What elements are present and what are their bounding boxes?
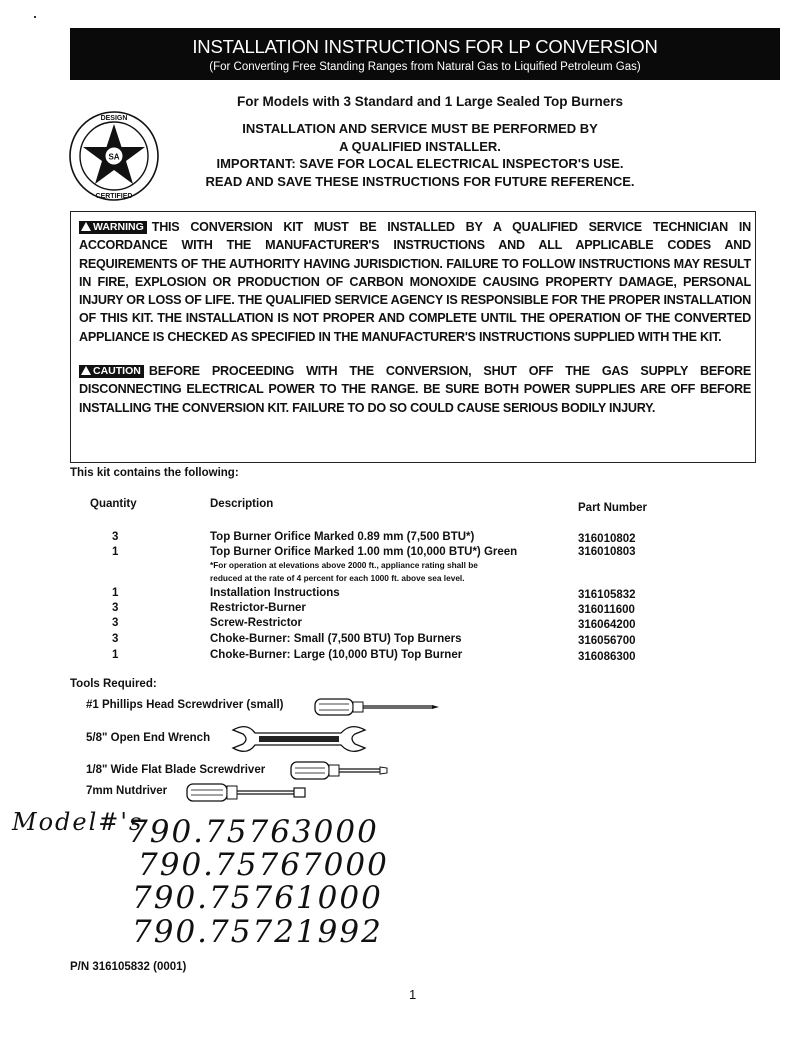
qty: 3: [112, 616, 132, 630]
qty: 3: [112, 530, 132, 544]
part-number: 316010803: [578, 545, 636, 559]
col-description: Description: [210, 498, 273, 510]
caution-paragraph: CAUTIONBEFORE PROCEEDING WITH THE CONVER…: [79, 362, 751, 417]
qty: 3: [112, 632, 132, 646]
svg-text:DESIGN: DESIGN: [101, 115, 128, 122]
description: Installation Instructions: [210, 586, 570, 600]
table-row: 1 Choke-Burner: Large (10,000 BTU) Top B…: [0, 648, 808, 662]
installer-notice: INSTALLATION AND SERVICE MUST BE PERFORM…: [180, 120, 660, 190]
table-row: 3 Restrictor-Burner 316011600: [0, 601, 808, 615]
tool-label: 5/8" Open End Wrench: [86, 732, 210, 744]
part-number: 316064200: [578, 618, 636, 632]
title-banner: INSTALLATION INSTRUCTIONS FOR LP CONVERS…: [70, 28, 780, 80]
nutdriver-icon: [186, 781, 310, 805]
tools-title: Tools Required:: [70, 678, 157, 690]
svg-text:SA: SA: [108, 153, 119, 162]
table-row: 1 Top Burner Orifice Marked 1.00 mm (10,…: [0, 545, 808, 559]
kit-intro: This kit contains the following:: [70, 467, 239, 479]
handwritten-model: 790.75763000: [128, 814, 379, 850]
qty: 1: [112, 545, 132, 559]
caution-badge: CAUTION: [79, 365, 144, 378]
part-number: 316011600: [578, 603, 635, 617]
notice-line: IMPORTANT: SAVE FOR LOCAL ELECTRICAL INS…: [180, 155, 660, 173]
tool-nutdriver: 7mm Nutdriver: [86, 785, 167, 797]
handwritten-model: 790.75767000: [138, 847, 389, 883]
notice-line: A QUALIFIED INSTALLER.: [180, 138, 660, 156]
models-line: For Models with 3 Standard and 1 Large S…: [150, 94, 710, 109]
warning-triangle-icon: [81, 222, 91, 231]
handwritten-model-label: Model#'s: [12, 808, 143, 836]
tool-label: 7mm Nutdriver: [86, 785, 167, 797]
design-certified-logo: SA DESIGN CERTIFIED: [68, 110, 160, 202]
warning-text: THIS CONVERSION KIT MUST BE INSTALLED BY…: [79, 220, 751, 344]
warning-paragraph: WARNINGTHIS CONVERSION KIT MUST BE INSTA…: [79, 218, 751, 346]
table-row: 3 Choke-Burner: Small (7,500 BTU) Top Bu…: [0, 632, 808, 646]
scan-speck: [34, 16, 36, 18]
footnote-line: reduced at the rate of 4 percent for eac…: [210, 572, 570, 585]
part-number-footer: P/N 316105832 (0001): [70, 961, 186, 973]
tool-wrench: 5/8" Open End Wrench: [86, 732, 210, 744]
flat-screwdriver-icon: [290, 759, 390, 783]
description: Top Burner Orifice Marked 0.89 mm (7,500…: [210, 530, 570, 544]
qty: 1: [112, 586, 132, 600]
notice-line: READ AND SAVE THESE INSTRUCTIONS FOR FUT…: [180, 173, 660, 191]
part-number: 316086300: [578, 650, 636, 664]
part-number: 316010802: [578, 532, 636, 546]
description: Top Burner Orifice Marked 1.00 mm (10,00…: [210, 545, 570, 559]
tool-phillips: #1 Phillips Head Screwdriver (small): [86, 699, 284, 711]
star-seal-icon: SA DESIGN CERTIFIED: [68, 110, 160, 202]
page-number: 1: [409, 987, 416, 1002]
table-row: 3 Screw-Restrictor 316064200: [0, 616, 808, 630]
handwritten-model: 790.75761000: [132, 880, 383, 916]
open-end-wrench-icon: [229, 724, 369, 754]
handwritten-model: 790.75721992: [132, 914, 383, 950]
qty: 3: [112, 601, 132, 615]
col-part-number: Part Number: [578, 502, 647, 514]
footnote-line: *For operation at elevations above 2000 …: [210, 559, 570, 572]
phillips-screwdriver-icon: [314, 696, 440, 718]
table-row: 1 Installation Instructions 316105832: [0, 586, 808, 600]
safety-box: WARNINGTHIS CONVERSION KIT MUST BE INSTA…: [70, 211, 756, 463]
description: Restrictor-Burner: [210, 601, 570, 615]
description: Screw-Restrictor: [210, 616, 570, 630]
tool-flat-screwdriver: 1/8" Wide Flat Blade Screwdriver: [86, 764, 265, 776]
caution-text: BEFORE PROCEEDING WITH THE CONVERSION, S…: [79, 364, 751, 415]
qty: 1: [112, 648, 132, 662]
document-subtitle: (For Converting Free Standing Ranges fro…: [70, 60, 780, 74]
part-number: 316105832: [578, 588, 636, 602]
caution-badge-label: CAUTION: [93, 365, 141, 377]
warning-badge-label: WARNING: [93, 221, 144, 233]
table-row: 3 Top Burner Orifice Marked 0.89 mm (7,5…: [0, 530, 808, 544]
col-quantity: Quantity: [90, 498, 137, 510]
svg-text:CERTIFIED: CERTIFIED: [96, 193, 133, 200]
elevation-footnote: *For operation at elevations above 2000 …: [210, 559, 570, 585]
document-title: INSTALLATION INSTRUCTIONS FOR LP CONVERS…: [70, 36, 780, 58]
warning-badge: WARNING: [79, 221, 147, 234]
notice-line: INSTALLATION AND SERVICE MUST BE PERFORM…: [180, 120, 660, 138]
description: Choke-Burner: Large (10,000 BTU) Top Bur…: [210, 648, 570, 662]
tool-label: 1/8" Wide Flat Blade Screwdriver: [86, 764, 265, 776]
caution-triangle-icon: [81, 366, 91, 375]
part-number: 316056700: [578, 634, 636, 648]
tool-label: #1 Phillips Head Screwdriver (small): [86, 699, 284, 711]
description: Choke-Burner: Small (7,500 BTU) Top Burn…: [210, 632, 570, 646]
